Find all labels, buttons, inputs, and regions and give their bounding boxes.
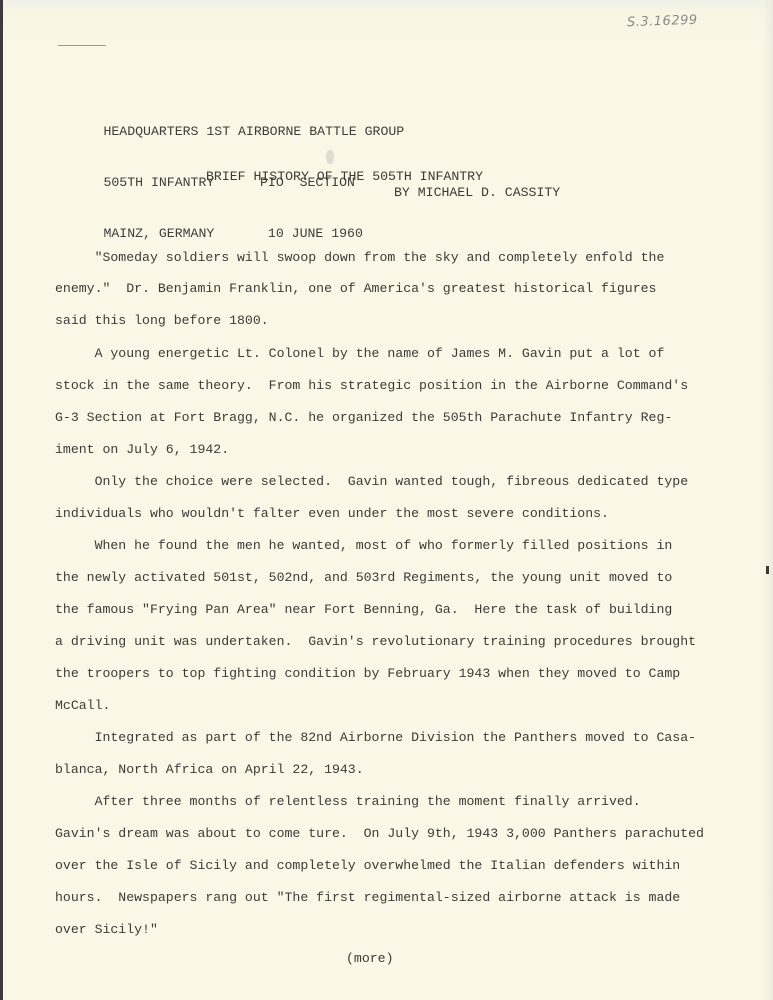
archive-number: S.3.16299 xyxy=(627,13,698,30)
scan-left-edge xyxy=(0,0,3,1000)
document-page: S.3.16299 HEADQUARTERS 1ST AIRBORNE BATT… xyxy=(0,0,773,1000)
body-line: the troopers to top fighting condition b… xyxy=(55,664,680,684)
letterhead-location: MAINZ, GERMANY xyxy=(103,226,214,241)
body-line: "Someday soldiers will swoop down from t… xyxy=(55,248,664,268)
body-line: over Sicily!" xyxy=(55,920,158,940)
body-line: When he found the men he wanted, most of… xyxy=(55,536,672,556)
body-line: McCall. xyxy=(55,696,110,716)
scan-edge-mark xyxy=(766,566,769,574)
letterhead-regiment: 505TH INFANTRY xyxy=(103,175,214,190)
document-byline: BY MICHAEL D. CASSITY xyxy=(394,185,560,200)
body-line: stock in the same theory. From his strat… xyxy=(55,376,688,396)
body-line: enemy." Dr. Benjamin Franklin, one of Am… xyxy=(55,279,656,299)
letterhead-date: 10 JUNE 1960 xyxy=(260,225,363,242)
body-line: A young energetic Lt. Colonel by the nam… xyxy=(55,344,664,364)
body-line: the newly activated 501st, 502nd, and 50… xyxy=(55,568,672,588)
pencil-mark xyxy=(58,45,106,46)
body-line: a driving unit was undertaken. Gavin's r… xyxy=(55,632,696,652)
body-line: blanca, North Africa on April 22, 1943. xyxy=(55,760,364,780)
body-line: Integrated as part of the 82nd Airborne … xyxy=(55,728,696,748)
letterhead-line-3: MAINZ, GERMANY 10 JUNE 1960 xyxy=(56,208,404,225)
body-line: said this long before 1800. xyxy=(55,311,269,331)
body-line: the famous "Frying Pan Area" near Fort B… xyxy=(55,600,672,620)
body-line: Gavin's dream was about to come ture. On… xyxy=(55,824,704,844)
body-line: hours. Newspapers rang out "The first re… xyxy=(55,888,680,908)
body-line: After three months of relentless trainin… xyxy=(55,792,641,812)
scan-right-shade xyxy=(763,0,773,1000)
body-line: over the Isle of Sicily and completely o… xyxy=(55,856,680,876)
body-line: G-3 Section at Fort Bragg, N.C. he organ… xyxy=(55,408,672,428)
letterhead-line-1: HEADQUARTERS 1ST AIRBORNE BATTLE GROUP xyxy=(56,106,404,123)
ink-smudge xyxy=(326,150,334,164)
body-line: Only the choice were selected. Gavin wan… xyxy=(55,472,688,492)
letterhead-unit: HEADQUARTERS 1ST AIRBORNE BATTLE GROUP xyxy=(103,124,404,139)
letterhead: HEADQUARTERS 1ST AIRBORNE BATTLE GROUP 5… xyxy=(56,72,404,259)
body-line: iment on July 6, 1942. xyxy=(55,440,229,460)
document-title: BRIEF HISTORY OF THE 505TH INFANTRY xyxy=(206,169,483,184)
body-line: individuals who wouldn't falter even und… xyxy=(55,504,609,524)
continued-marker: (more) xyxy=(346,951,393,966)
